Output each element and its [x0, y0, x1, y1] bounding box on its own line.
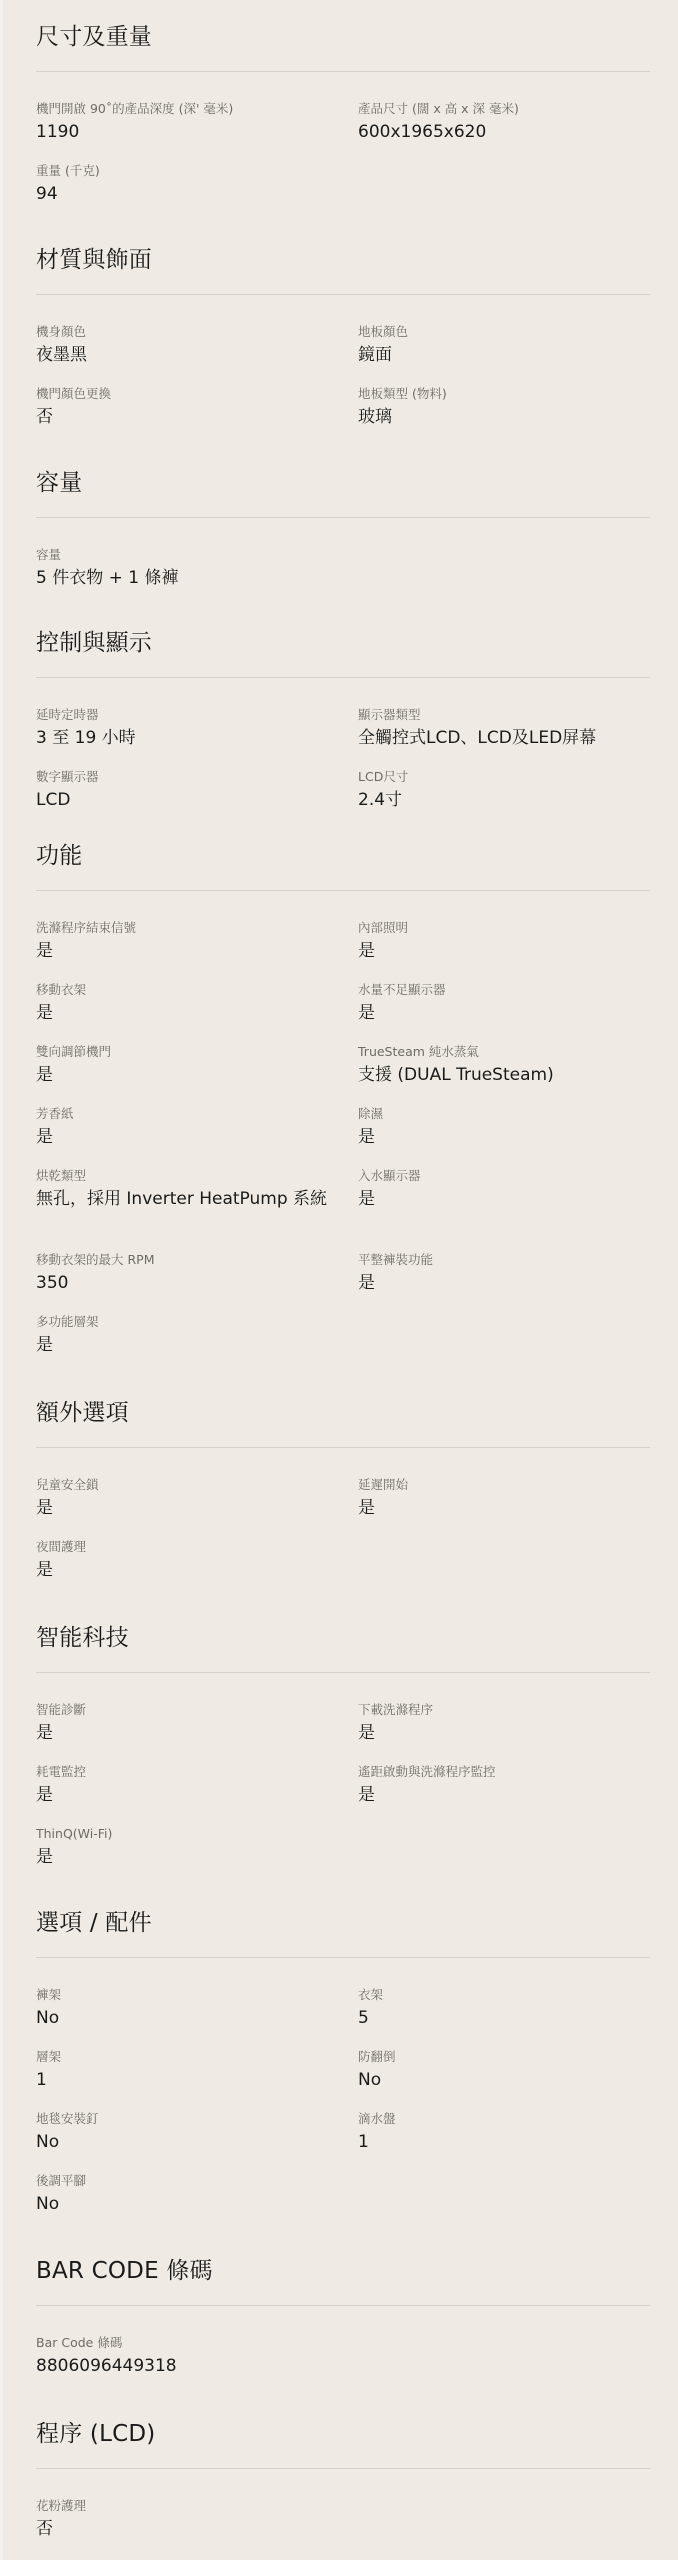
spec-grid: 容量5 件衣物 + 1 條褲 — [36, 546, 650, 608]
spec-label: 防翻倒 — [358, 2048, 650, 2066]
section-title: 程序 (LCD) — [36, 2419, 650, 2449]
spec-item: 褲架No — [36, 1986, 358, 2048]
section-options-accessories: 選項 / 配件 褲架No 衣架5 層架1 防翻倒No 地毯安裝釘No 滴水盤1 … — [36, 1908, 650, 2234]
spec-label: 數字顯示器 — [36, 768, 358, 786]
spec-item: 水量不足顯示器是 — [358, 981, 650, 1043]
spec-label: LCD尺寸 — [358, 768, 650, 786]
spec-value: 是 — [36, 1846, 358, 1869]
spec-value: 是 — [358, 940, 650, 963]
spec-item: 地板顏色鏡面 — [358, 323, 650, 385]
spec-item: 機身顏色夜墨黑 — [36, 323, 358, 385]
spec-item: 花粉護理否 — [36, 2497, 358, 2559]
spec-item: 雙向調節機門是 — [36, 1043, 358, 1105]
spec-value: 1 — [358, 2131, 650, 2154]
spec-value: 鏡面 — [358, 344, 650, 367]
spec-item: 除濕是 — [358, 1105, 650, 1167]
spec-item: 層架1 — [36, 2048, 358, 2110]
spec-value: No — [36, 2007, 358, 2030]
spec-label: 平整褲裝功能 — [358, 1251, 650, 1269]
section-title: 容量 — [36, 468, 650, 498]
spec-item: 滴水盤1 — [358, 2110, 650, 2172]
spec-item: 後調平腳No — [36, 2172, 358, 2234]
spec-label: Bar Code 條碼 — [36, 2334, 358, 2352]
section-divider — [36, 2305, 650, 2306]
spec-grid: 褲架No 衣架5 層架1 防翻倒No 地毯安裝釘No 滴水盤1 後調平腳No — [36, 1986, 650, 2234]
spec-item: 延遲開始是 — [358, 1476, 650, 1538]
spec-value: 5 件衣物 + 1 條褲 — [36, 567, 358, 590]
spec-value: 否 — [36, 406, 358, 429]
spec-item: LCD尺寸2.4寸 — [358, 768, 650, 830]
spec-value: 是 — [358, 1722, 650, 1745]
spec-value: 夜墨黑 — [36, 344, 358, 367]
spec-label: 移動衣架 — [36, 981, 358, 999]
spec-item: 數字顯示器LCD — [36, 768, 358, 830]
spec-label: 機門開啟 90˚的產品深度 (深' 毫米) — [36, 100, 358, 118]
spec-value: 是 — [358, 1126, 650, 1149]
spec-item: 機門顏色更換否 — [36, 385, 358, 447]
spec-item: 芳香紙是 — [36, 1105, 358, 1167]
spec-item: 顯示器類型全觸控式LCD、LCD及LED屏幕 — [358, 706, 650, 768]
spec-item: 耗電監控是 — [36, 1763, 358, 1825]
spec-item: 防翻倒No — [358, 2048, 650, 2110]
spec-value: 600x1965x620 — [358, 121, 650, 144]
spec-item: 地板類型 (物料)玻璃 — [358, 385, 650, 447]
spec-label: 內部照明 — [358, 919, 650, 937]
spec-label: 重量 (千克) — [36, 162, 358, 180]
spec-label: 多功能層架 — [36, 1313, 358, 1331]
spec-item: 移動衣架是 — [36, 981, 358, 1043]
spec-item: 平整褲裝功能是 — [358, 1251, 650, 1313]
spec-grid: 機門開啟 90˚的產品深度 (深' 毫米)1190 產品尺寸 (闊 x 高 x … — [36, 100, 650, 224]
spec-item: 智能診斷是 — [36, 1701, 358, 1763]
spec-value: 是 — [358, 1188, 650, 1211]
spec-item: 衣架5 — [358, 1986, 650, 2048]
section-title: 選項 / 配件 — [36, 1908, 650, 1938]
spec-value: 5 — [358, 2007, 650, 2030]
spec-label: 下載洗滌程序 — [358, 1701, 650, 1719]
spec-item: 烘乾類型無孔，採用 Inverter HeatPump 系統 — [36, 1167, 358, 1251]
spec-label: 褲架 — [36, 1986, 358, 2004]
section-title: 尺寸及重量 — [36, 22, 650, 52]
spec-label: 層架 — [36, 2048, 358, 2066]
spec-label: 產品尺寸 (闊 x 高 x 深 毫米) — [358, 100, 650, 118]
spec-value: 支援 (DUAL TrueSteam) — [358, 1064, 650, 1087]
spec-item: 多功能層架是 — [36, 1313, 358, 1375]
spec-item: 移動衣架的最大 RPM350 — [36, 1251, 358, 1313]
spec-value: 是 — [36, 1334, 358, 1357]
section-title: 控制與顯示 — [36, 628, 650, 658]
spec-item: 夜間護理是 — [36, 1538, 358, 1600]
spec-label: 智能診斷 — [36, 1701, 358, 1719]
spec-value: 是 — [36, 1126, 358, 1149]
spec-label: TrueSteam 純水蒸氣 — [358, 1043, 650, 1061]
spec-value: 2.4寸 — [358, 789, 650, 812]
spec-label: 延時定時器 — [36, 706, 358, 724]
spec-label: 移動衣架的最大 RPM — [36, 1251, 358, 1269]
section-materials-finish: 材質與飾面 機身顏色夜墨黑 地板顏色鏡面 機門顏色更換否 地板類型 (物料)玻璃 — [36, 245, 650, 447]
spec-value: 350 — [36, 1272, 358, 1295]
spec-item: ThinQ(Wi-Fi)是 — [36, 1825, 358, 1887]
spec-label: 衣架 — [358, 1986, 650, 2004]
section-title: BAR CODE 條碼 — [36, 2256, 650, 2286]
spec-grid: 兒童安全鎖是 延遲開始是 夜間護理是 — [36, 1476, 650, 1600]
section-barcode: BAR CODE 條碼 Bar Code 條碼8806096449318 — [36, 2256, 650, 2396]
spec-item: 地毯安裝釘No — [36, 2110, 358, 2172]
section-divider — [36, 1957, 650, 1958]
section-title: 額外選項 — [36, 1398, 650, 1428]
spec-value: 是 — [36, 1559, 358, 1582]
spec-item: 重量 (千克)94 — [36, 162, 358, 224]
spec-value: 否 — [36, 2518, 358, 2541]
spec-label: 夜間護理 — [36, 1538, 358, 1556]
spec-value: 無孔，採用 Inverter HeatPump 系統 — [36, 1188, 358, 1211]
spec-label: 除濕 — [358, 1105, 650, 1123]
spec-value: 是 — [358, 1002, 650, 1025]
section-extra-options: 額外選項 兒童安全鎖是 延遲開始是 夜間護理是 — [36, 1398, 650, 1600]
spec-value: 3 至 19 小時 — [36, 727, 358, 750]
section-divider — [36, 71, 650, 72]
spec-value: 是 — [36, 1064, 358, 1087]
spec-label: 顯示器類型 — [358, 706, 650, 724]
spec-item: 洗滌程序結束信號是 — [36, 919, 358, 981]
spec-grid: 智能診斷是 下載洗滌程序是 耗電監控是 遙距啟動與洗滌程序監控是 ThinQ(W… — [36, 1701, 650, 1887]
section-control-display: 控制與顯示 延時定時器3 至 19 小時 顯示器類型全觸控式LCD、LCD及LE… — [36, 628, 650, 830]
spec-value: 是 — [36, 1002, 358, 1025]
section-divider — [36, 1672, 650, 1673]
spec-value: 是 — [358, 1272, 650, 1295]
spec-value: 1190 — [36, 121, 358, 144]
section-features: 功能 洗滌程序結束信號是 內部照明是 移動衣架是 水量不足顯示器是 雙向調節機門… — [36, 841, 650, 1375]
spec-label: 延遲開始 — [358, 1476, 650, 1494]
spec-value: No — [36, 2131, 358, 2154]
spec-label: 容量 — [36, 546, 358, 564]
spec-label: 兒童安全鎖 — [36, 1476, 358, 1494]
spec-value: 是 — [358, 1784, 650, 1807]
spec-label: 地板顏色 — [358, 323, 650, 341]
section-programs-lcd: 程序 (LCD) 花粉護理否 — [36, 2419, 650, 2559]
spec-value: 全觸控式LCD、LCD及LED屏幕 — [358, 727, 650, 750]
spec-label: 水量不足顯示器 — [358, 981, 650, 999]
spec-label: 耗電監控 — [36, 1763, 358, 1781]
section-capacity: 容量 容量5 件衣物 + 1 條褲 — [36, 468, 650, 608]
spec-value: 是 — [358, 1497, 650, 1520]
spec-item: 容量5 件衣物 + 1 條褲 — [36, 546, 358, 608]
section-divider — [36, 890, 650, 891]
section-dimensions-weight: 尺寸及重量 機門開啟 90˚的產品深度 (深' 毫米)1190 產品尺寸 (闊 … — [36, 22, 650, 224]
spec-label: 花粉護理 — [36, 2497, 358, 2515]
spec-label: 後調平腳 — [36, 2172, 358, 2190]
section-divider — [36, 517, 650, 518]
spec-label: 機身顏色 — [36, 323, 358, 341]
spec-item: 下載洗滌程序是 — [358, 1701, 650, 1763]
spec-label: 洗滌程序結束信號 — [36, 919, 358, 937]
spec-value: 1 — [36, 2069, 358, 2092]
spec-label: 芳香紙 — [36, 1105, 358, 1123]
section-title: 智能科技 — [36, 1623, 650, 1653]
spec-grid: 花粉護理否 — [36, 2497, 650, 2559]
spec-label: 地板類型 (物料) — [358, 385, 650, 403]
spec-item: 內部照明是 — [358, 919, 650, 981]
spec-label: 滴水盤 — [358, 2110, 650, 2128]
spec-label: 遙距啟動與洗滌程序監控 — [358, 1763, 650, 1781]
spec-label: 烘乾類型 — [36, 1167, 358, 1185]
spec-value: 是 — [36, 1722, 358, 1745]
spec-label: 機門顏色更換 — [36, 385, 358, 403]
spec-item: 入水顯示器是 — [358, 1167, 650, 1251]
spec-value: 8806096449318 — [36, 2355, 358, 2378]
spec-label: 地毯安裝釘 — [36, 2110, 358, 2128]
spec-value: 玻璃 — [358, 406, 650, 429]
section-divider — [36, 1447, 650, 1448]
spec-value: No — [36, 2193, 358, 2216]
section-smart-technology: 智能科技 智能診斷是 下載洗滌程序是 耗電監控是 遙距啟動與洗滌程序監控是 Th… — [36, 1623, 650, 1887]
spec-item: 遙距啟動與洗滌程序監控是 — [358, 1763, 650, 1825]
section-divider — [36, 294, 650, 295]
spec-item: 機門開啟 90˚的產品深度 (深' 毫米)1190 — [36, 100, 358, 162]
spec-value: 是 — [36, 1497, 358, 1520]
spec-grid: 延時定時器3 至 19 小時 顯示器類型全觸控式LCD、LCD及LED屏幕 數字… — [36, 706, 650, 830]
section-title: 材質與飾面 — [36, 245, 650, 275]
spec-value: No — [358, 2069, 650, 2092]
spec-grid: 洗滌程序結束信號是 內部照明是 移動衣架是 水量不足顯示器是 雙向調節機門是 T… — [36, 919, 650, 1375]
section-divider — [36, 2468, 650, 2469]
spec-item: TrueSteam 純水蒸氣支援 (DUAL TrueSteam) — [358, 1043, 650, 1105]
spec-item: 兒童安全鎖是 — [36, 1476, 358, 1538]
spec-value: LCD — [36, 789, 358, 812]
spec-item: 產品尺寸 (闊 x 高 x 深 毫米)600x1965x620 — [358, 100, 650, 162]
spec-value: 是 — [36, 1784, 358, 1807]
spec-label: 入水顯示器 — [358, 1167, 650, 1185]
spec-grid: 機身顏色夜墨黑 地板顏色鏡面 機門顏色更換否 地板類型 (物料)玻璃 — [36, 323, 650, 447]
spec-item: 延時定時器3 至 19 小時 — [36, 706, 358, 768]
spec-value: 是 — [36, 940, 358, 963]
spec-label: 雙向調節機門 — [36, 1043, 358, 1061]
section-title: 功能 — [36, 841, 650, 871]
spec-grid: Bar Code 條碼8806096449318 — [36, 2334, 650, 2396]
section-divider — [36, 677, 650, 678]
left-edge-strip — [0, 0, 3, 2560]
spec-item: Bar Code 條碼8806096449318 — [36, 2334, 358, 2396]
spec-value: 94 — [36, 183, 358, 206]
spec-label: ThinQ(Wi-Fi) — [36, 1825, 358, 1843]
